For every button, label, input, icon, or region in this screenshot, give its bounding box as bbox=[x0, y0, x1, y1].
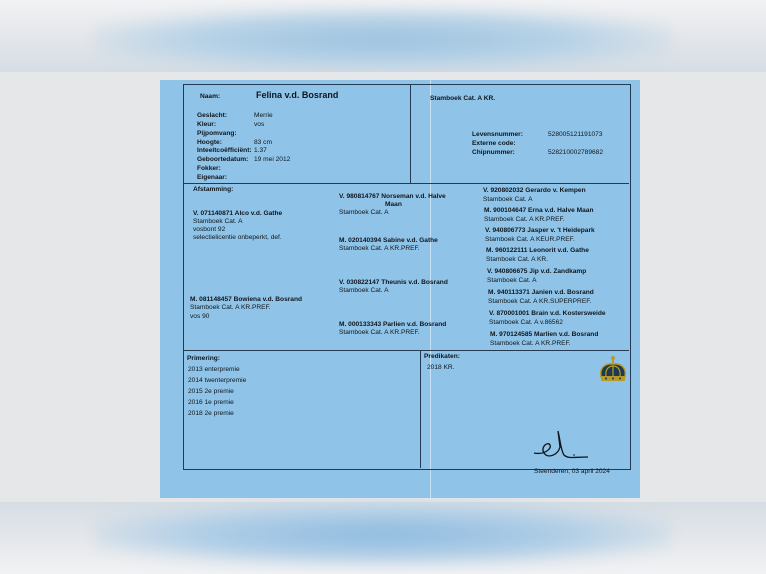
great-grandparent-studbook: Stamboek Cat. A v.86562 bbox=[489, 319, 563, 327]
mother-color: vos 90 bbox=[190, 313, 209, 321]
awards-label: Primering: bbox=[187, 355, 220, 363]
award-item: 2014 twenterpremie bbox=[188, 377, 246, 385]
detail-value: 19 mei 2012 bbox=[254, 156, 290, 164]
detail-value: Merrie bbox=[254, 112, 273, 120]
great-grandparent-studbook: Stamboek Cat. A KR.PREF. bbox=[490, 340, 571, 348]
number-label: Externe code: bbox=[472, 140, 516, 148]
certificate-frame bbox=[183, 84, 631, 470]
blurred-background-bottom bbox=[0, 502, 766, 574]
studbook-category: Stamboek Cat. A KR. bbox=[430, 95, 495, 103]
great-grandparent-studbook: Stamboek Cat. A KR.PREF. bbox=[484, 216, 565, 224]
detail-value: 1.37 bbox=[254, 147, 267, 155]
signature-mark bbox=[530, 425, 590, 465]
detail-value: 83 cm bbox=[254, 139, 272, 147]
award-item: 2013 enterpremie bbox=[188, 366, 240, 374]
father-license: selectielicentie onbeperkt, def. bbox=[193, 234, 282, 242]
detail-label: Fokker: bbox=[197, 165, 221, 173]
grandparent-name: V. 030822147 Theunis v.d. Bosrand bbox=[339, 279, 448, 287]
divider bbox=[410, 84, 411, 184]
award-item: 2016 1e premie bbox=[188, 399, 234, 407]
divider bbox=[420, 350, 421, 468]
great-grandparent-name: M. 960122111 Leonorit v.d. Gathe bbox=[486, 247, 589, 255]
predicate-item: 2018 KR. bbox=[427, 364, 455, 372]
great-grandparent-studbook: Stamboek Cat. A KR. bbox=[486, 256, 548, 264]
great-grandparent-studbook: Stamboek Cat. A KR.SUPERPREF. bbox=[488, 298, 591, 306]
detail-label: Kleur: bbox=[197, 121, 216, 129]
predicates-label: Predikaten: bbox=[424, 353, 460, 361]
grandparent-studbook: Stamboek Cat. A bbox=[339, 287, 388, 295]
great-grandparent-name: V. 940806773 Jasper v. 't Heidepark bbox=[485, 227, 595, 235]
great-grandparent-name: M. 940113371 Janien v.d. Bosrand bbox=[488, 289, 594, 297]
name-label: Naam: bbox=[200, 93, 220, 101]
divider bbox=[183, 183, 629, 184]
great-grandparent-name: M. 900104647 Erna v.d. Halve Maan bbox=[484, 207, 593, 215]
detail-label: Inteeltcoëfficiënt: bbox=[197, 147, 252, 155]
father-studbook: Stamboek Cat. A bbox=[193, 218, 242, 226]
grandparent-name: M. 020140394 Sabine v.d. Gathe bbox=[339, 237, 438, 245]
detail-label: Pijpomvang: bbox=[197, 130, 237, 138]
pedigree-label: Afstamming: bbox=[193, 186, 233, 194]
great-grandparent-name: V. 940806675 Jip v.d. Zandkamp bbox=[487, 268, 586, 276]
crown-emblem-icon bbox=[598, 355, 628, 387]
great-grandparent-studbook: Stamboek Cat. A KEUR.PREF. bbox=[485, 236, 575, 244]
great-grandparent-name: M. 970124585 Marlien v.d. Bosrand bbox=[490, 331, 598, 339]
grandparent-studbook: Stamboek Cat. A KR.PREF. bbox=[339, 329, 420, 337]
grandparent-studbook: Stamboek Cat. A KR.PREF. bbox=[339, 245, 420, 253]
great-grandparent-studbook: Stamboek Cat. A bbox=[487, 277, 536, 285]
award-item: 2015 2e premie bbox=[188, 388, 234, 396]
detail-value: vos bbox=[254, 121, 264, 129]
divider bbox=[183, 350, 629, 351]
grandparent-name-cont: Maan bbox=[385, 201, 402, 209]
blurred-background-top bbox=[0, 0, 766, 72]
father-color: vosbont 92 bbox=[193, 226, 225, 234]
grandparent-name: V. 980814767 Norseman v.d. Halve bbox=[339, 193, 446, 201]
number-label: Chipnummer: bbox=[472, 149, 515, 157]
great-grandparent-name: V. 920802032 Gerardo v. Kempen bbox=[483, 187, 586, 195]
place-date: Steenderen, 03 april 2024 bbox=[534, 468, 610, 476]
father-name: V. 071140871 Alco v.d. Gathe bbox=[193, 210, 282, 218]
number-label: Levensnummer: bbox=[472, 131, 523, 139]
number-value: 528005121191073 bbox=[548, 131, 603, 139]
detail-label: Eigenaar: bbox=[197, 174, 227, 182]
grandparent-name: M. 000133343 Parlien v.d. Bosrand bbox=[339, 321, 446, 329]
award-item: 2018 2e premie bbox=[188, 410, 234, 418]
grandparent-studbook: Stamboek Cat. A bbox=[339, 209, 388, 217]
detail-label: Geslacht: bbox=[197, 112, 227, 120]
great-grandparent-name: V. 870001001 Brain v.d. Kostersweide bbox=[489, 310, 606, 318]
mother-name: M. 081148457 Bowiena v.d. Bosrand bbox=[190, 296, 302, 304]
great-grandparent-studbook: Stamboek Cat. A bbox=[483, 196, 532, 204]
detail-label: Hoogte: bbox=[197, 139, 222, 147]
detail-label: Geboortedatum: bbox=[197, 156, 248, 164]
horse-name: Felina v.d. Bosrand bbox=[256, 91, 338, 99]
number-value: 528210002789682 bbox=[548, 149, 603, 157]
mother-studbook: Stamboek Cat. A KR.PREF. bbox=[190, 304, 271, 312]
